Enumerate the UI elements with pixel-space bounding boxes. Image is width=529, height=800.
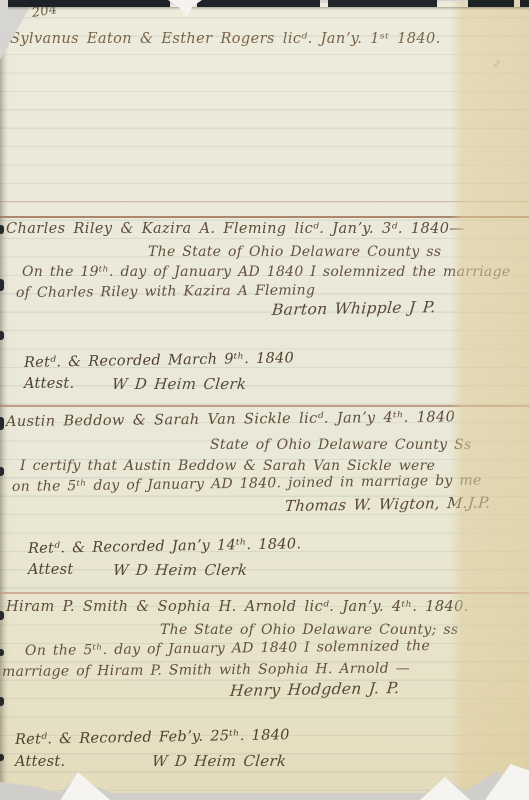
entry-smith-line3: marriage of Hiram P. Smith with Sophia H… (2, 660, 410, 680)
entry-riley-signature: Barton Whipple J P. (271, 298, 436, 319)
entry-beddow-line2: I certify that Austin Beddow & Sarah Van… (20, 458, 435, 474)
page-edge-shadow (450, 0, 529, 800)
binding-speck (0, 697, 4, 706)
red-rule-riley (0, 216, 529, 218)
binding-speck (0, 611, 4, 620)
entry-smith-attest: Attest. (15, 754, 65, 770)
binding-edge-shadow (8, 7, 529, 10)
entry-beddow-clerk: W D Heim Clerk (112, 561, 248, 579)
entry-beddow-signature: Thomas W. Wigton, M.J.P. (284, 493, 491, 515)
entry-beddow-heading: Austin Beddow & Sarah Van Sickle licᵈ. J… (6, 409, 455, 430)
entry-smith-line2: On the 5ᵗʰ. day of January AD 1840 I sol… (25, 638, 430, 659)
entry-riley-clerk: W D Heim Clerk (111, 375, 247, 393)
red-rule-beddow (0, 405, 529, 407)
entry-smith-line1: The State of Ohio Delaware County; ss (160, 622, 458, 638)
entry-riley-attest: Attest. (24, 376, 74, 392)
entry-riley-recorded: Retᵈ. & Recorded March 9ᵗʰ. 1840 (24, 350, 294, 371)
entry-riley-line1: The State of Ohio Delaware County ss (148, 244, 441, 260)
entry-beddow-line1: State of Ohio Delaware County Ss (210, 437, 471, 453)
binding-speck (0, 467, 4, 476)
entry-riley-line3: of Charles Riley with Kazira A Fleming (16, 282, 315, 301)
stray-mark: 2 (493, 59, 501, 70)
binding-speck (0, 225, 4, 234)
entry-beddow-recorded: Retᵈ. & Recorded Janʼy 14ᵗʰ. 1840. (28, 536, 302, 557)
binding-speck (0, 279, 4, 291)
entry-smith-signature: Henry Hodgden J. P. (229, 679, 400, 700)
entry-beddow-attest: Attest (28, 562, 74, 578)
ledger-paper: 204 Sylvanus Eaton & Esther Rogers licᵈ.… (0, 0, 529, 800)
scanned-ledger-page: 204 Sylvanus Eaton & Esther Rogers licᵈ.… (0, 0, 529, 800)
entry-eaton-heading: Sylvanus Eaton & Esther Rogers licᵈ. Jan… (10, 31, 441, 47)
entry-smith-clerk: W D Heim Clerk (151, 752, 287, 770)
entry-riley-heading: Charles Riley & Kazira A. Fleming licᵈ. … (6, 221, 464, 237)
binding-speck (0, 417, 4, 430)
red-rule-smith (0, 592, 529, 594)
red-rule-light (0, 201, 529, 202)
entry-beddow-line3: on the 5ᵗʰ day of January AD 1840. joine… (12, 472, 482, 495)
binding-edge (0, 0, 529, 7)
entry-smith-heading: Hiram P. Smith & Sophia H. Arnold licᵈ. … (6, 599, 469, 615)
entry-smith-recorded: Retᵈ. & Recorded Febʼy. 25ᵗʰ. 1840 (15, 727, 290, 748)
binding-speck (0, 331, 4, 340)
entry-riley-line2: On the 19ᵗʰ. day of January AD 1840 I so… (22, 264, 510, 280)
